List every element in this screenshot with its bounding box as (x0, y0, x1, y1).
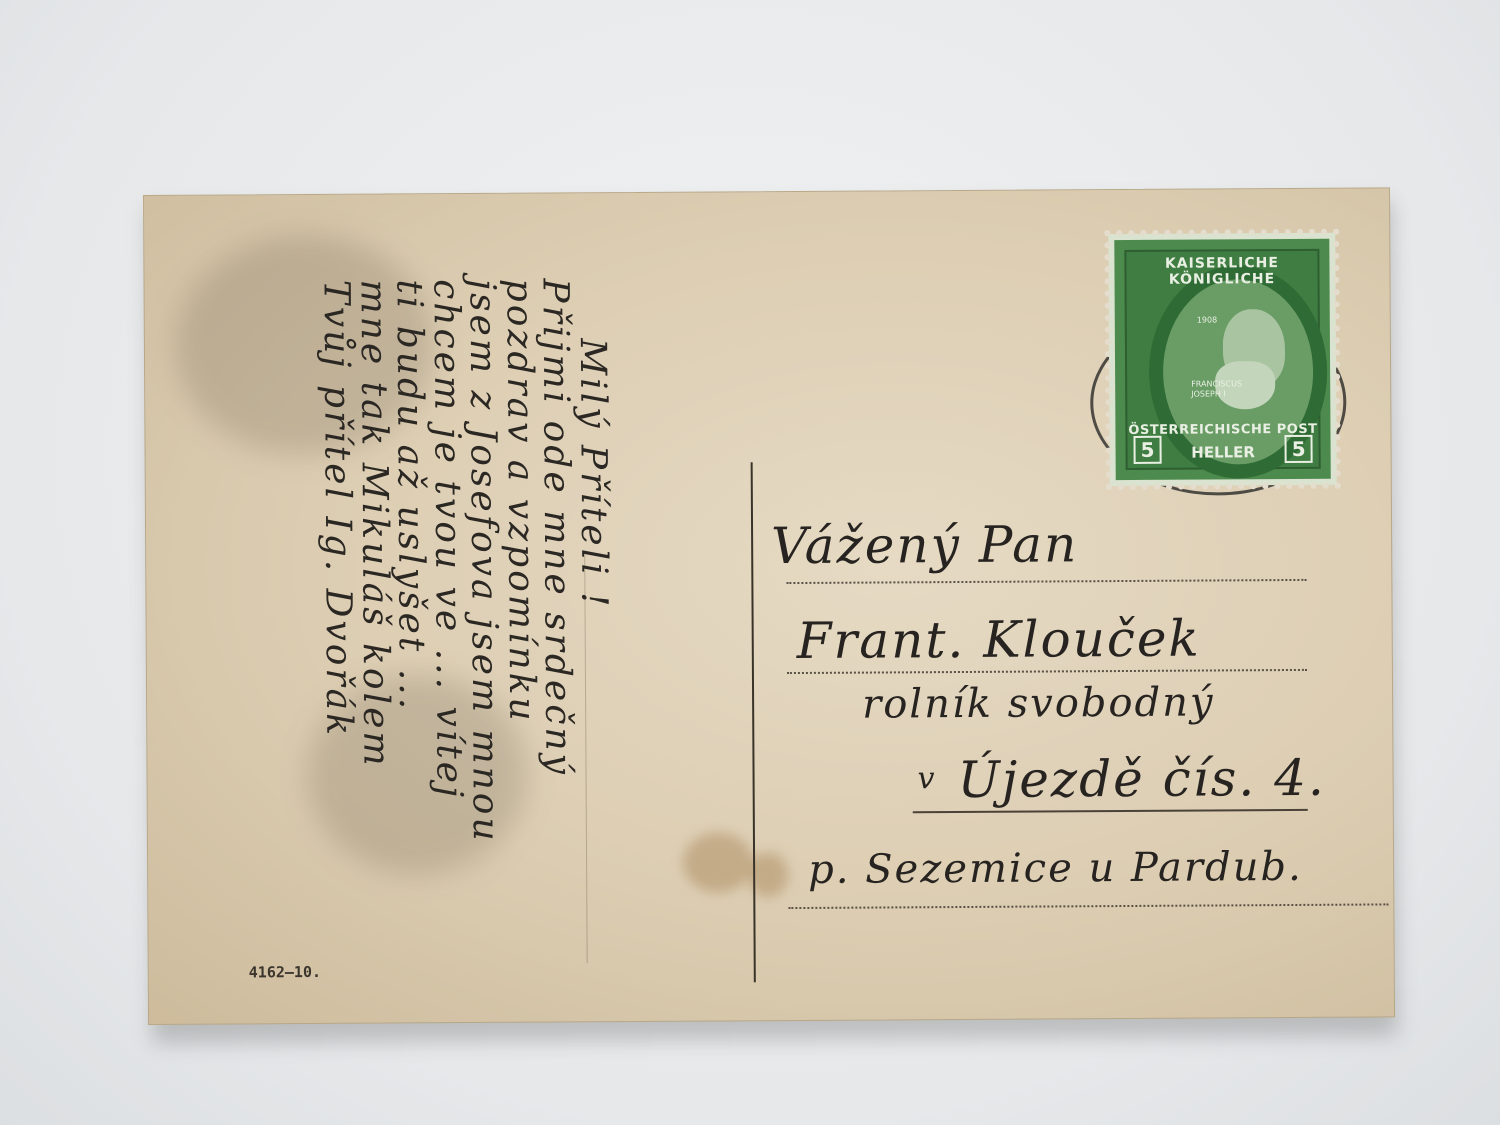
address-line-5: p. Sezemice u Pardub. (808, 844, 1303, 893)
message-line: mne tak Mikuláš kolem (354, 279, 394, 844)
print-number: 4162—10. (249, 963, 321, 981)
address-rule (788, 903, 1388, 909)
address-line-4: Újezdě čís. 4. (957, 749, 1326, 809)
message-greeting: Milý Příteli ! (573, 278, 613, 843)
stamp-portrait-caption: FRANCISCUS JOSEPH I (1191, 379, 1231, 399)
stamp-year: 1908 (1197, 315, 1217, 324)
stamp-value-right: 5 (1285, 435, 1313, 463)
message-line: ti budu až uslyšet ... (391, 279, 431, 844)
address-rule (913, 809, 1308, 813)
stamp-frame: 1908 FRANCISCUS JOSEPH I KAISERLICHE KÖN… (1124, 249, 1320, 470)
message-line: chcem je tvou ve ... vítej (427, 279, 467, 844)
stamp-top-text: KAISERLICHE KÖNIGLICHE (1126, 255, 1317, 288)
address-line-3: rolník svobodný (862, 679, 1215, 727)
address-line-4-prefix: v (917, 761, 936, 796)
divider-line (751, 462, 756, 982)
postcard: Milý Příteli ! Přijmi ode mne srdečný po… (143, 187, 1395, 1025)
postage-stamp: 1908 FRANCISCUS JOSEPH I KAISERLICHE KÖN… (1114, 239, 1330, 480)
message-line: pozdrav a vzpomínku (500, 279, 540, 844)
message-area: Milý Příteli ! Přijmi ode mne srdečný po… (164, 223, 599, 986)
address-line-1: Vážený Pan (771, 515, 1078, 575)
message-line: jsem z Josefova jsem mnou (464, 279, 504, 844)
address-line-2: Frant. Klouček (797, 610, 1201, 670)
address-rule (787, 669, 1307, 674)
stain (683, 832, 753, 892)
address-rule (786, 579, 1306, 584)
stamp-value-left: 5 (1133, 436, 1161, 464)
message-line: Přijmi ode mne srdečný (537, 278, 577, 843)
message-signature: Tvůj přítel Ig. Dvořák (318, 280, 358, 845)
